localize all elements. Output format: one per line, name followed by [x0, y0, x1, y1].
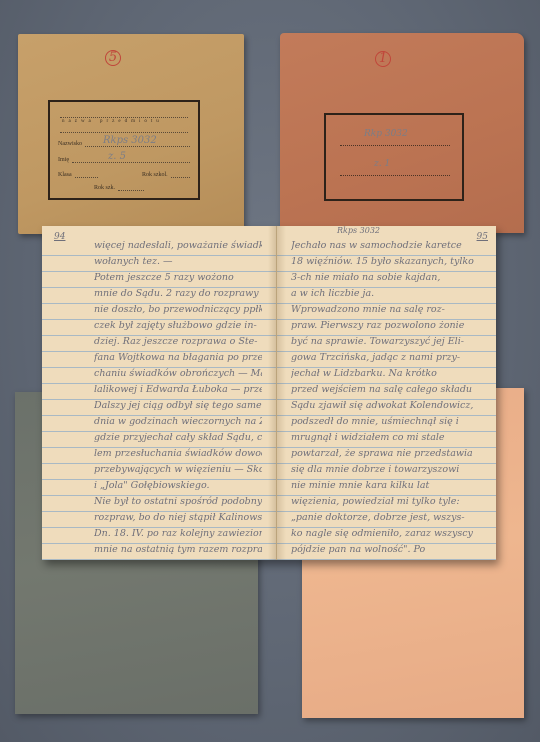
- field-klasa: Klasa: [58, 169, 98, 178]
- text-line: praw. Pierwszy raz pozwolono żonie: [291, 318, 474, 334]
- label-line-2: z. 1: [374, 159, 390, 169]
- text-line: Dalszy jej ciąg odbył się tego samego: [94, 398, 262, 414]
- text-line: Dn. 18. IV. po raz kolejny zawieziono: [94, 526, 262, 542]
- label-heading: nazwa przedmiotu: [62, 119, 163, 124]
- text-line: gowa Trzcińska, jadąc z nami przy-: [291, 350, 474, 366]
- text-line: 18 więźniów. 15 było skazanych, tylko: [291, 254, 474, 270]
- text-line: mnie do Sądu. 2 razy do rozprawy: [94, 286, 262, 302]
- page-number: 95: [477, 232, 488, 242]
- label-divider: [340, 145, 450, 146]
- text-line: gdzie przyjechał cały skład Sądu, ce-: [94, 430, 262, 446]
- text-line: przed wejściem na salę całego składu: [291, 382, 474, 398]
- text-line: się dla mnie dobrze i towarzyszowi: [291, 462, 474, 478]
- label-top-line: [60, 111, 188, 118]
- text-line: przebywających w więzieniu — Skorupy: [94, 462, 262, 478]
- text-line: fana Wojtkowa na błagania po przesłu-: [94, 350, 262, 366]
- cover-label: nazwa przedmiotu Nazwisko Rkps 3032 Imię…: [48, 100, 200, 200]
- text-line: powtarzał, że sprawa nie przedstawia: [291, 446, 474, 462]
- label-divider: [60, 132, 188, 133]
- handwritten-text: Jechało nas w samochodzie karetce 18 wię…: [291, 238, 474, 558]
- text-line: mnie na ostatnią tym razem rozprawę: [94, 542, 262, 558]
- text-line: Potem jeszcze 5 razy wożono: [94, 270, 262, 286]
- text-line: czek był zajęty służbowo gdzie in-: [94, 318, 262, 334]
- text-line: dziej. Raz jeszcze rozprawa o Ste-: [94, 334, 262, 350]
- text-line: pójdzie pan na wolność". Po: [291, 542, 474, 558]
- page-number: 94: [54, 232, 65, 242]
- field-value: Rkps 3032: [103, 135, 157, 146]
- text-line: lem przesłuchania świadków dowodowych: [94, 446, 262, 462]
- field-value: z. 5: [108, 151, 126, 162]
- handwritten-text: więcej nadesłali, poważanie świadków od-…: [94, 238, 262, 558]
- field-label: Imię: [58, 157, 69, 163]
- text-line: nie minie mnie kara kilku lat: [291, 478, 474, 494]
- text-line: nie doszło, bo przewodniczący ppłk Kro-: [94, 302, 262, 318]
- field-rok-szk: Rok szk.: [94, 182, 144, 191]
- text-line: Nie był to ostatni spośród podobnych: [94, 494, 262, 510]
- text-line: ko nagle się odmieniło, zaraz wszyscy: [291, 526, 474, 542]
- label-line-1: Rkp 3032: [364, 129, 408, 139]
- field-label: Nazwisko: [58, 141, 82, 147]
- right-page: Rkps 3032 95 Jechało nas w samochodzie k…: [277, 226, 496, 560]
- text-line: lalikowej i Edwarda Łuboka — przerwano.: [94, 382, 262, 398]
- text-line: więcej nadesłali, poważanie świadków od-: [94, 238, 262, 254]
- text-line: chaniu świadków obrończych — Marii Ka-: [94, 366, 262, 382]
- cover-label: Rkp 3032 z. 1: [324, 113, 464, 201]
- archive-signature: Rkps 3032: [337, 226, 380, 235]
- text-line: mrugnął i widziałem co mi stale: [291, 430, 474, 446]
- label-divider: [340, 175, 450, 176]
- notebook-yellow: 5 nazwa przedmiotu Nazwisko Rkps 3032 Im…: [18, 34, 244, 234]
- field-rok-szkolny: Rok szkol.: [142, 169, 190, 178]
- text-line: rozpraw, bo do niej stąpił Kalinowski.: [94, 510, 262, 526]
- text-line: Wprowadzono mnie na salę roz-: [291, 302, 474, 318]
- left-page: 94 więcej nadesłali, poważanie świadków …: [42, 226, 277, 560]
- text-line: Sądu zjawił się adwokat Kolendowicz,: [291, 398, 474, 414]
- circled-number: 5: [105, 50, 121, 66]
- text-line: a w ich liczbie ja.: [291, 286, 474, 302]
- open-notebook: 94 więcej nadesłali, poważanie świadków …: [42, 226, 496, 560]
- text-line: „panie doktorze, dobrze jest, wszys-: [291, 510, 474, 526]
- text-line: dnia w godzinach wieczornych na Zamku: [94, 414, 262, 430]
- book-spine-shadow: [268, 226, 286, 560]
- text-line: jechał w Lidzbarku. Na krótko: [291, 366, 474, 382]
- field-imie: Imię z. 5: [58, 154, 190, 163]
- field-label: Rok szkol.: [142, 172, 168, 178]
- notebook-orange: 1 Rkp 3032 z. 1: [280, 33, 524, 233]
- circled-number: 1: [375, 51, 391, 67]
- text-line: 3-ch nie miało na sobie kajdan,: [291, 270, 474, 286]
- field-nazwisko: Nazwisko Rkps 3032: [58, 138, 190, 147]
- text-line: i „Jola" Gołębiowskiego.: [94, 478, 262, 494]
- text-line: więzienia, powiedział mi tylko tyle:: [291, 494, 474, 510]
- text-line: Jechało nas w samochodzie karetce: [291, 238, 474, 254]
- text-line: wołanych tez. —: [94, 254, 262, 270]
- field-label: Klasa: [58, 172, 72, 178]
- text-line: być na sprawie. Towarzyszyć jej Eli-: [291, 334, 474, 350]
- field-label: Rok szk.: [94, 185, 115, 191]
- text-line: podszedł do mnie, uśmiechnął się i: [291, 414, 474, 430]
